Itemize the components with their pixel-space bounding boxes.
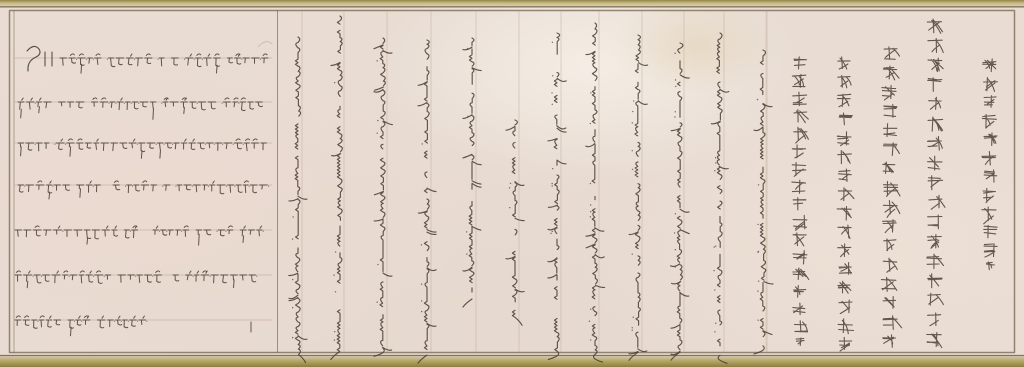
manuscript-page [0, 0, 1024, 367]
script-column-9 [625, 35, 651, 350]
tibetan-line-5 [14, 218, 274, 252]
tibetan-line-1 [14, 46, 274, 80]
script-column-7 [544, 33, 570, 350]
script-column-8 [582, 23, 608, 350]
script-column-4 [414, 40, 440, 350]
script-column-6 [502, 120, 528, 316]
script-column-11 [707, 33, 733, 350]
script-column-2 [327, 16, 353, 350]
mongolian-manchu-section [280, 10, 775, 354]
script-column-10 [667, 43, 693, 350]
script-column-3 [370, 38, 396, 346]
script-column-12 [750, 50, 776, 340]
script-column-5 [459, 38, 485, 298]
tibetan-line-6 [14, 263, 274, 297]
chinese-column-manchu-name [832, 56, 858, 355]
chinese-column-buddha-name [877, 46, 903, 353]
chinese-column-mongol-name [787, 56, 813, 355]
chinese-section [778, 10, 1016, 354]
tibetan-line-2 [14, 90, 274, 124]
tibetan-line-4 [14, 173, 274, 207]
tibetan-line-3 [14, 131, 274, 165]
script-column-1 [285, 37, 311, 350]
chinese-column-date [977, 58, 1003, 280]
tibetan-line-7 [14, 308, 274, 342]
tibetan-text-panel [10, 10, 278, 354]
chinese-column-decree [922, 18, 948, 351]
